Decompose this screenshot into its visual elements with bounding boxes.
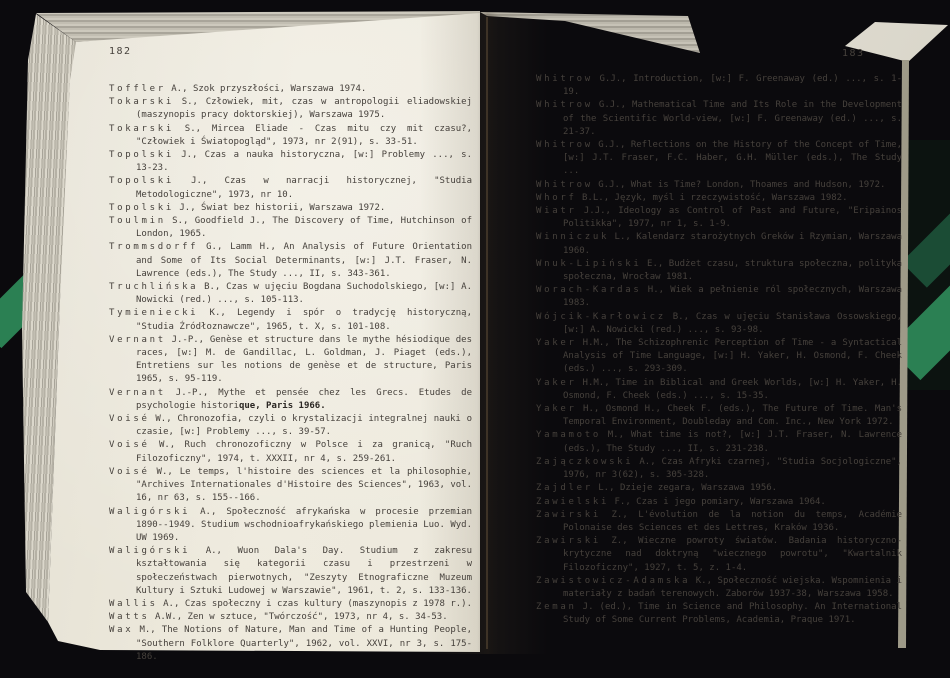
- entry-author-surname: Vernant: [109, 335, 166, 345]
- entry-author-surname: Zawirski: [536, 536, 601, 546]
- bibliography-entry: Zawielski F., Czas i jego pomiary, Warsz…: [536, 496, 902, 509]
- bibliography-entry: Waligórski A., Wuon Dala's Day. Studium …: [109, 545, 472, 598]
- desk-stripe-right-dark-green: [902, 184, 950, 287]
- entry-author-initials: A.,: [206, 546, 222, 556]
- entry-author-initials: W.,: [159, 440, 175, 450]
- entry-author-surname: Wójcik-Karłowicz: [536, 312, 666, 322]
- bibliography-entry: Toulmin S., Goodfield J., The Discovery …: [109, 215, 472, 241]
- entry-author-surname: Yaker: [536, 338, 577, 348]
- bibliography-entry: Worach-Kardas H., Wiek a pełnienie ról s…: [536, 284, 902, 310]
- bibliography-entry: Topolski J., Czas w narracji historyczne…: [109, 175, 472, 201]
- bibliography-entry: Zawirski Z., Wieczne powroty światów. Ba…: [536, 535, 902, 575]
- entry-author-surname: Voisé: [109, 414, 150, 424]
- bibliography-entry: Zajączkowski A., Czas Afryki czarnej, "S…: [536, 456, 902, 482]
- entry-author-surname: Zajdler: [536, 483, 593, 493]
- bibliography-entry: Topolski J., Świat bez historii, Warszaw…: [109, 202, 472, 215]
- entry-author-initials: M.,: [608, 430, 624, 440]
- bibliography-entry: Whitrow G.J., Mathematical Time and Its …: [536, 99, 902, 139]
- bibliography-entry: Trommsdorff G., Lamm H., An Analysis of …: [109, 241, 472, 281]
- entry-author-initials: A.,: [200, 507, 216, 517]
- entry-bold-text: que, Paris 1966.: [239, 401, 326, 411]
- bibliography-entry: Tokarski S., Człowiek, mit, czas w antro…: [109, 96, 472, 122]
- bibliography-entry: Toffler A., Szok przyszłości, Warszawa 1…: [109, 83, 472, 96]
- bibliography-entry: Truchlińska B., Czas w ujęciu Bogdana Su…: [109, 281, 472, 307]
- entry-author-surname: Voisé: [109, 467, 150, 477]
- entry-author-surname: Whitrow: [536, 180, 593, 190]
- entry-author-initials: G.,: [206, 242, 222, 252]
- entry-author-surname: Wiatr: [536, 206, 577, 216]
- entry-author-initials: A.W.,: [155, 612, 182, 622]
- spine-crease-line: [486, 17, 488, 649]
- bibliography-entry: Whorf B.L., Język, myśl i rzeczywistość,…: [536, 192, 902, 205]
- entry-author-initials: H.M.,: [583, 338, 610, 348]
- entry-author-surname: Yaker: [536, 404, 577, 414]
- bibliography-entry: Zawirski Z., L'évolution de la notion du…: [536, 509, 902, 535]
- entry-author-initials: J.-P.,: [172, 335, 205, 345]
- entry-author-initials: A.,: [639, 457, 655, 467]
- desk-stripe-right-zone: [902, 140, 950, 390]
- bibliography-entry: Vernant J.-P., Genèse et structure dans …: [109, 334, 472, 387]
- bibliography-entry: Wnuk-Lipiński E., Budżet czasu, struktur…: [536, 258, 902, 284]
- bibliography-entry: Tokarski S., Mircea Eliade - Czas mitu c…: [109, 123, 472, 149]
- entry-author-initials: Z.,: [611, 536, 627, 546]
- bibliography-entry: Waligórski A., Społeczność afrykańska w …: [109, 506, 472, 546]
- bibliography-entry: Yaker H.M., Time in Biblical and Greek W…: [536, 377, 902, 403]
- page-number-left: 182: [109, 46, 132, 57]
- entry-author-initials: L.,: [598, 483, 614, 493]
- entry-author-initials: K.,: [696, 576, 712, 586]
- entry-author-initials: S.,: [185, 124, 201, 134]
- entry-author-initials: J.-P.,: [176, 388, 209, 398]
- entry-author-surname: Wax: [109, 625, 133, 635]
- entry-author-initials: H.,: [648, 285, 664, 295]
- entry-author-surname: Worach-Kardas: [536, 285, 642, 295]
- bibliography-entry: Zajdler L., Dzieje zegara, Warszawa 1956…: [536, 482, 902, 495]
- bibliography-entry: Watts A.W., Zen w sztuce, "Twórczość", 1…: [109, 611, 472, 624]
- bibliography-entry: Zeman J. (ed.), Time in Science and Phil…: [536, 601, 902, 627]
- entry-author-surname: Watts: [109, 612, 150, 622]
- bibliography-list-left: Toffler A., Szok przyszłości, Warszawa 1…: [109, 83, 472, 664]
- bibliography-entry: Wallis A., Czas społeczny i czas kultury…: [109, 598, 472, 611]
- entry-author-initials: H.M.,: [583, 378, 610, 388]
- entry-author-initials: G.J.,: [599, 100, 626, 110]
- entry-author-initials: W.,: [157, 467, 173, 477]
- entry-author-surname: Topolski: [109, 176, 174, 186]
- entry-author-initials: A.,: [163, 599, 179, 609]
- entry-author-initials: B.,: [673, 312, 689, 322]
- entry-author-surname: Toulmin: [109, 216, 166, 226]
- entry-author-surname: Vernant: [109, 388, 166, 398]
- entry-author-initials: G.J.,: [600, 74, 627, 84]
- entry-author-initials: E.,: [647, 259, 663, 269]
- entry-author-surname: Tokarski: [109, 97, 174, 107]
- entry-author-initials: G.J.,: [598, 180, 625, 190]
- entry-author-initials: W.,: [155, 414, 171, 424]
- bibliography-list-right: Whitrow G.J., Introduction, [w:] F. Gree…: [536, 73, 902, 628]
- entry-author-surname: Wallis: [109, 599, 158, 609]
- bibliography-entry: Vernant J.-P., Mythe et pensée chez les …: [109, 387, 472, 413]
- entry-author-surname: Whorf: [536, 193, 577, 203]
- entry-author-surname: Zawirski: [536, 510, 601, 520]
- bibliography-entry: Topolski J., Czas a nauka historyczna, […: [109, 149, 472, 175]
- entry-author-initials: J.J.,: [584, 206, 611, 216]
- entry-author-surname: Zawistowicz-Adamska: [536, 576, 690, 586]
- bibliography-entry: Whitrow G.J., What is Time? London, Thoa…: [536, 179, 902, 192]
- bibliography-entry: Yamamoto M., What time is not?, [w:] J.T…: [536, 429, 902, 455]
- bibliography-entry: Whitrow G.J., Introduction, [w:] F. Gree…: [536, 73, 902, 99]
- book-scan-photo: 182 183 Toffler A., Szok przyszłości, Wa…: [0, 0, 950, 678]
- bibliography-entry: Tymieniecki K., Legendy i spór o tradycj…: [109, 307, 472, 333]
- entry-author-initials: B.,: [204, 282, 220, 292]
- entry-author-surname: Topolski: [109, 203, 174, 213]
- entry-author-initials: J. (ed.),: [583, 602, 632, 612]
- entry-author-surname: Winniczuk: [536, 232, 609, 242]
- entry-author-surname: Tymieniecki: [109, 308, 198, 318]
- entry-author-surname: Waligórski: [109, 546, 190, 556]
- entry-author-surname: Topolski: [109, 150, 174, 160]
- entry-author-surname: Zajączkowski: [536, 457, 633, 467]
- entry-author-initials: L.,: [615, 232, 631, 242]
- entry-author-surname: Truchlińska: [109, 282, 198, 292]
- page-number-right: 183: [842, 48, 865, 59]
- bibliography-entry: Zawistowicz-Adamska K., Społeczność wiej…: [536, 575, 902, 601]
- entry-author-surname: Toffler: [109, 84, 166, 94]
- entry-author-initials: Z.,: [612, 510, 628, 520]
- entry-author-initials: J.,: [179, 203, 195, 213]
- bibliography-entry: Wiatr J.J., Ideology as Control of Past …: [536, 205, 902, 231]
- entry-author-initials: H.,: [583, 404, 599, 414]
- bibliography-entry: Wójcik-Karłowicz B., Czas w ujęciu Stani…: [536, 311, 902, 337]
- entry-author-initials: F.,: [615, 497, 631, 507]
- bibliography-entry: Voisé W., Le temps, l'histoire des scien…: [109, 466, 472, 506]
- entry-author-surname: Zeman: [536, 602, 577, 612]
- entry-author-surname: Whitrow: [536, 74, 593, 84]
- entry-author-surname: Yaker: [536, 378, 577, 388]
- entry-author-initials: G.J.,: [598, 140, 625, 150]
- entry-author-initials: A.,: [171, 84, 187, 94]
- entry-author-surname: Wnuk-Lipiński: [536, 259, 642, 269]
- entry-author-initials: J.,: [181, 150, 197, 160]
- entry-author-initials: K.,: [210, 308, 226, 318]
- entry-author-surname: Trommsdorff: [109, 242, 198, 252]
- entry-author-surname: Yamamoto: [536, 430, 601, 440]
- entry-author-initials: B.L.,: [582, 193, 609, 203]
- bibliography-entry: Yaker H., Osmond H., Cheek F. (eds.), Th…: [536, 403, 902, 429]
- bibliography-entry: Whitrow G.J., Reflections on the History…: [536, 139, 902, 179]
- entry-author-surname: Whitrow: [536, 100, 593, 110]
- bibliography-entry: Voisé W., Ruch chronozoficzny w Polsce i…: [109, 439, 472, 465]
- entry-author-surname: Whitrow: [536, 140, 593, 150]
- entry-author-initials: S.,: [182, 97, 198, 107]
- bibliography-entry: Winniczuk L., Kalendarz starożytnych Gre…: [536, 231, 902, 257]
- bibliography-entry: Voisé W., Chronozofia, czyli o krystaliz…: [109, 413, 472, 439]
- bibliography-entry: Yaker H.M., The Schizophrenic Perception…: [536, 337, 902, 377]
- entry-author-surname: Voisé: [109, 440, 150, 450]
- entry-author-initials: S.,: [172, 216, 188, 226]
- bibliography-entry: Wax M., The Notions of Nature, Man and T…: [109, 624, 472, 664]
- entry-author-initials: J.,: [191, 176, 207, 186]
- entry-author-initials: M.,: [139, 625, 155, 635]
- entry-author-surname: Tokarski: [109, 124, 174, 134]
- entry-author-surname: Waligórski: [109, 507, 190, 517]
- entry-author-surname: Zawielski: [536, 497, 609, 507]
